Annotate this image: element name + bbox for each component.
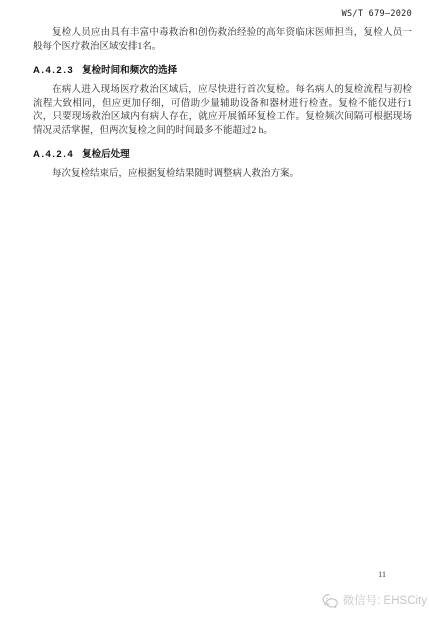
section-number: A.4.2.4 [33, 149, 74, 160]
section-body: 在病人进入现场医疗救治区域后，应尽快进行首次复检。每名病人的复检流程与初检流程大… [33, 84, 412, 138]
wechat-icon [322, 593, 339, 608]
watermark-label: 微信号: EHSCity [343, 592, 427, 608]
document-content: 复检人员应由具有丰富中毒救治和创伤救治经验的高年资临床医师担当，复检人员一般每个… [33, 27, 412, 182]
intro-paragraph: 复检人员应由具有丰富中毒救治和创伤救治经验的高年资临床医师担当，复检人员一般每个… [33, 27, 412, 54]
standard-code-header: WS/T 679—2020 [0, 9, 412, 19]
page-number: 11 [378, 569, 386, 579]
section-heading: A.4.2.4复检后处理 [33, 149, 412, 161]
section-body: 每次复检结束后，应根据复检结果随时调整病人救治方案。 [33, 168, 412, 182]
section-title: 复检后处理 [82, 149, 130, 160]
document-page: WS/T 679—2020 复检人员应由具有丰富中毒救治和创伤救治经验的高年资临… [0, 0, 429, 618]
section-heading: A.4.2.3复检时间和频次的选择 [33, 65, 412, 77]
section-title: 复检时间和频次的选择 [82, 65, 177, 76]
section-number: A.4.2.3 [33, 65, 74, 76]
watermark: 微信号: EHSCity [322, 592, 427, 608]
